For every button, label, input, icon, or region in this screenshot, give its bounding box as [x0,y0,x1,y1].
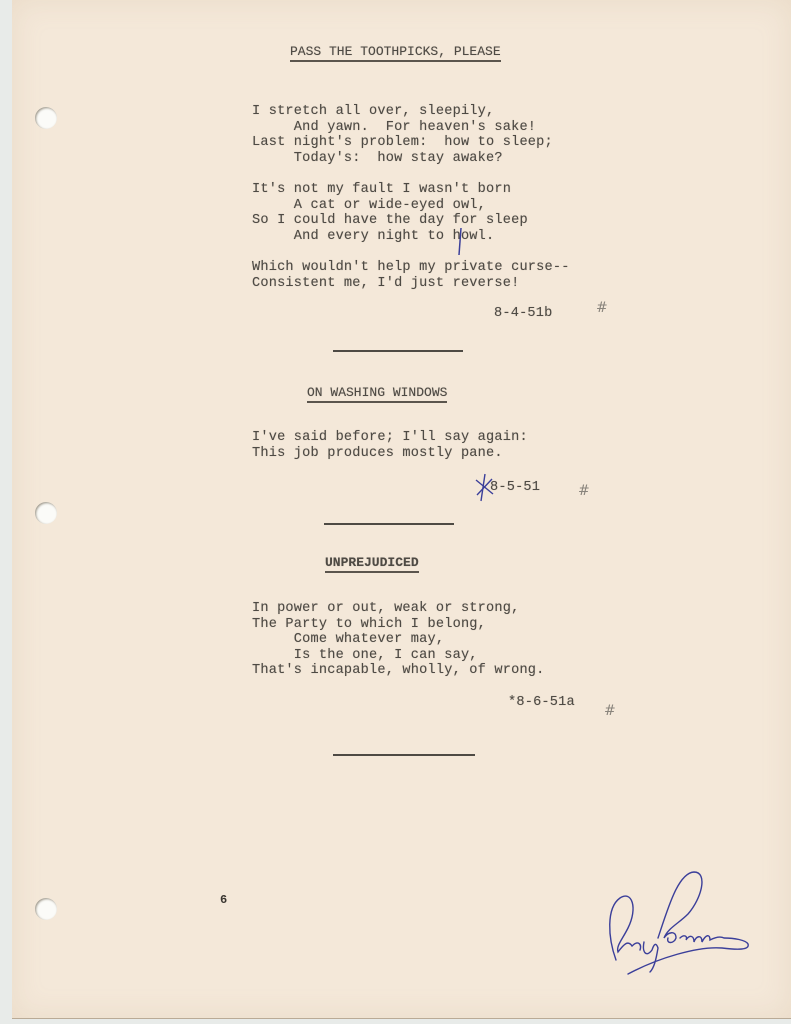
poem-date: 8-5-51 [490,480,540,496]
poem-date: 8-4-51b [494,306,553,322]
pencil-mark: # [578,483,590,499]
page-number: 6 [220,893,227,907]
poem-stanza: In power or out, weak or strong, The Par… [252,601,545,679]
poem-date: *8-6-51a [508,695,575,711]
section-divider [333,754,475,756]
binder-hole [35,502,57,524]
pencil-mark: # [604,703,616,719]
poem-stanza: I stretch all over, sleepily, And yawn. … [252,104,553,166]
poem-stanza: I've said before; I'll say again: This j… [252,430,528,461]
poem-title: PASS THE TOOTHPICKS, PLEASE [290,44,501,62]
section-divider [324,523,454,525]
ink-correction-mark [455,228,465,258]
pencil-mark: # [596,300,608,316]
binder-hole [35,898,57,920]
signature [598,868,758,980]
section-divider [333,350,463,352]
binder-hole [35,107,57,129]
poem-stanza: Which wouldn't help my private curse-- C… [252,260,570,291]
poem-title: ON WASHING WINDOWS [307,385,447,403]
poem-title: UNPREJUDICED [325,555,419,573]
poem-stanza: It's not my fault I wasn't born A cat or… [252,182,528,244]
